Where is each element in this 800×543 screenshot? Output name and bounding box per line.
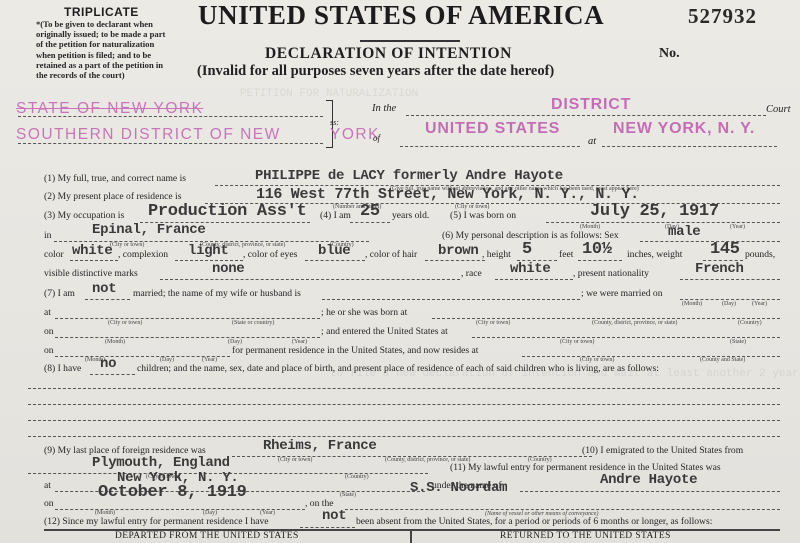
feet-label: feet	[559, 249, 573, 260]
married-on-label: ; we were married on	[581, 288, 663, 299]
year-hint: (Year)	[752, 301, 767, 307]
hair-value: brown	[438, 243, 479, 259]
court-of-stamp: UNITED STATES	[425, 120, 560, 138]
q2-label: (2) My present place of residence is	[44, 191, 181, 202]
sex-value: male	[668, 224, 700, 240]
age-suffix: years old.	[392, 210, 429, 221]
court-label: Court	[766, 104, 791, 115]
nationality-line	[680, 279, 780, 280]
perm-res-label: for permanent residence in the United St…	[232, 345, 478, 356]
table-divider	[410, 531, 412, 543]
departed-header: DEPARTED FROM THE UNITED STATES	[115, 531, 299, 541]
q1-label: (1) My full, true, and correct name is	[44, 173, 186, 184]
height-inches-value: 10½	[582, 240, 612, 259]
height-feet-value: 5	[522, 240, 532, 259]
form-title: DECLARATION OF INTENTION	[265, 45, 512, 63]
at-label: at	[44, 480, 51, 491]
q4-label: (4) I am	[320, 210, 351, 221]
city-hint: (City or town)	[476, 320, 510, 326]
spouse-born-on-line	[55, 337, 320, 338]
age-line	[350, 222, 390, 223]
race-value: white	[510, 261, 551, 277]
color-line	[70, 260, 118, 261]
marks-line	[160, 279, 460, 280]
vessel-line	[345, 509, 780, 510]
court-at-line	[602, 146, 777, 147]
in-the-label: In the	[372, 103, 396, 114]
court-of-line	[400, 146, 580, 147]
at-label: at	[588, 136, 596, 147]
of-label: of	[373, 133, 380, 143]
q8-text: children; and the name, sex, date and pl…	[137, 363, 659, 374]
nationality-label: , present nationality	[573, 268, 649, 279]
born-at-label: ; he or she was born at	[321, 307, 407, 318]
residence-value: 116 West 77th Street, New York, N. Y., N…	[256, 186, 639, 203]
year-hint: (Year)	[730, 224, 745, 230]
height-inches-line	[578, 260, 622, 261]
q7-text: married; the name of my wife or husband …	[133, 288, 301, 299]
triplicate-note: *(To be given to declarant when original…	[36, 19, 166, 80]
q3-label: (3) My occupation is	[44, 210, 124, 221]
color-value: white	[72, 243, 113, 259]
q5-label: (5) I was born on	[450, 210, 516, 221]
entry-date-value: October 8, 1919	[98, 483, 247, 502]
spouse-entered-line	[472, 337, 780, 338]
married-at-line	[55, 318, 320, 319]
eyes-value: blue	[318, 243, 350, 259]
absent-line	[300, 527, 355, 528]
weight-value: 145	[710, 240, 740, 259]
spouse-birthplace-line	[432, 318, 780, 319]
nationality-value: French	[695, 261, 744, 277]
married-on-line	[680, 299, 780, 300]
emigrated-from-value: Plymouth, England	[92, 455, 230, 471]
state-hint: (State)	[340, 492, 356, 498]
color-label: color	[44, 249, 64, 260]
triplicate-title: TRIPLICATE	[64, 5, 139, 19]
height-label: , height	[482, 249, 511, 260]
city-hint: (City or town)	[560, 339, 594, 345]
foreign-residence-value: Rheims, France	[263, 438, 376, 454]
eyes-line	[305, 260, 365, 261]
month-hint: (Month)	[105, 339, 125, 345]
on-label: on	[44, 345, 54, 356]
city-hint: (City or town)	[278, 457, 312, 463]
at-label: at	[44, 307, 51, 318]
children-line	[28, 436, 780, 437]
returned-header: RETURNED TO THE UNITED STATES	[500, 531, 671, 541]
birthplace-value: Epinal, France	[92, 222, 205, 238]
married-line	[85, 299, 130, 300]
q10-label: (10) I emigrated to the United States fr…	[582, 445, 743, 456]
on-label: on	[44, 326, 54, 337]
title-rule	[360, 40, 460, 42]
name-value: PHILIPPE de LACY formerly Andre Hayote	[255, 168, 563, 184]
pounds-label: pounds,	[745, 249, 775, 260]
county-and-state-hint: (County and State)	[700, 357, 745, 363]
entry-name-line	[520, 491, 780, 492]
eyes-label: , color of eyes	[243, 249, 297, 260]
city-hint: (City or town)	[108, 320, 142, 326]
married-value: not	[92, 281, 116, 297]
in-label: in	[44, 230, 51, 241]
vessel-value: S.S. Noordam	[410, 480, 507, 496]
race-line	[495, 279, 573, 280]
children-line	[28, 404, 780, 405]
entry-name-value: Andre Hayote	[600, 472, 697, 488]
main-title: UNITED STATES OF AMERICA	[198, 0, 604, 31]
state-hint: (State)	[730, 339, 746, 345]
q12-text: been absent from the United States, for …	[356, 516, 712, 527]
court-at-stamp: NEW YORK, N. Y.	[613, 120, 755, 138]
children-count-value: no	[100, 356, 116, 372]
hair-line	[425, 260, 485, 261]
children-line	[28, 420, 780, 421]
q8-label: (8) I have	[44, 363, 81, 374]
entered-label: ; and entered the United States at	[321, 326, 448, 337]
court-stamp: DISTRICT	[551, 96, 631, 114]
age-value: 25	[360, 202, 380, 221]
day-hint: (Day)	[722, 301, 736, 307]
complexion-value: light	[188, 243, 229, 259]
occupation-value: Production Ass't	[148, 202, 306, 221]
inches-label: inches, weight	[627, 249, 682, 260]
children-count-line	[90, 374, 135, 375]
birthdate-value: July 25, 1917	[590, 202, 719, 221]
city-hint: (City or town)	[110, 242, 144, 248]
children-line	[28, 388, 780, 389]
county-state-hint: (County, district, province, or state)	[592, 320, 677, 326]
on-label: on	[44, 498, 54, 509]
marks-label: visible distinctive marks	[44, 268, 138, 279]
q12-label: (12) Since my lawful entry for permanent…	[44, 516, 269, 527]
district-stamp: SOUTHERN DISTRICT OF NEW	[16, 126, 281, 144]
birthdate-line	[546, 222, 780, 223]
spouse-line	[322, 299, 580, 300]
q7-label: (7) I am	[44, 288, 75, 299]
number-label: No.	[659, 46, 680, 62]
race-label: , race	[461, 268, 482, 279]
court-line	[406, 115, 766, 116]
country-hint: (Country)	[738, 320, 762, 326]
serial-number: 527932	[688, 4, 757, 29]
hair-label: , color of hair	[365, 249, 417, 260]
country-hint: (Country)	[345, 474, 369, 480]
month-hint: (Month)	[682, 301, 702, 307]
marks-value: none	[212, 261, 244, 277]
state-stamp: STATE OF NEW YORK	[16, 100, 203, 118]
validity-note: (Invalid for all purposes seven years af…	[197, 63, 554, 80]
absent-value: not	[322, 508, 346, 524]
state-country-hint: (State or country)	[232, 320, 274, 326]
complexion-label: , complexion	[118, 249, 168, 260]
bleed-through-text: PETITION FOR NATURALIZATION	[240, 88, 418, 100]
